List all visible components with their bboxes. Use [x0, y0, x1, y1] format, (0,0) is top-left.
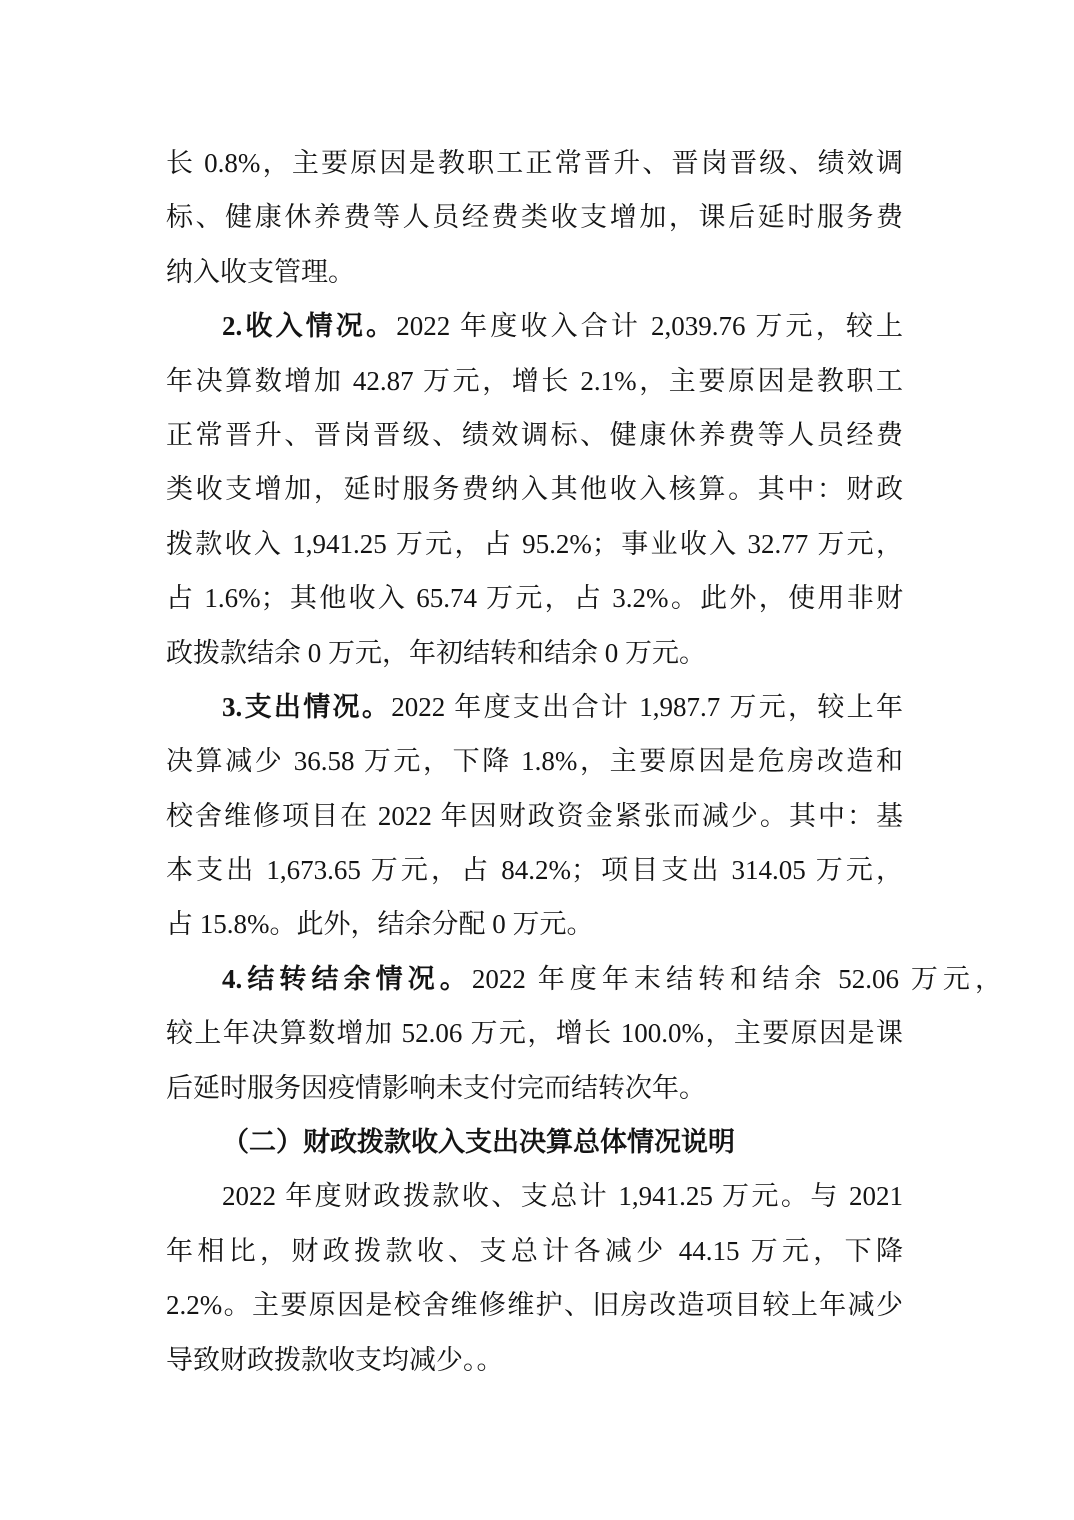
text-line: 3.支出情况。2022 年度支出合计 1,987.7 万元，较上年	[166, 680, 903, 734]
document-page: 长 0.8%，主要原因是教职工正常晋升、晋岗晋级、绩效调标、健康休养费等人员经费…	[0, 0, 1074, 1520]
line-text: 校舍维修项目在 2022 年因财政资金紧张而减少。其中：基	[166, 801, 903, 831]
text-line: 4.结转结余情况。2022 年度年末结转和结余 52.06 万元，	[166, 952, 1002, 1006]
document-body: 长 0.8%，主要原因是教职工正常晋升、晋岗晋级、绩效调标、健康休养费等人员经费…	[166, 136, 903, 1387]
line-text: 年决算数增加 42.87 万元，增长 2.1%，主要原因是教职工	[166, 366, 903, 396]
paragraph-lead-bold: 2.收入情况。	[222, 311, 396, 341]
text-line: 年决算数增加 42.87 万元，增长 2.1%，主要原因是教职工	[166, 354, 903, 408]
text-line: 校舍维修项目在 2022 年因财政资金紧张而减少。其中：基	[166, 789, 903, 843]
text-line: 政拨款结余 0 万元，年初结转和结余 0 万元。	[166, 626, 903, 680]
line-text: 类收支增加，延时服务费纳入其他收入核算。其中：财政	[166, 474, 903, 504]
text-line: 正常晋升、晋岗晋级、绩效调标、健康休养费等人员经费	[166, 408, 903, 462]
text-line: 2.2%。主要原因是校舍维修维护、旧房改造项目较上年减少	[166, 1278, 903, 1332]
text-line: 占 1.6%；其他收入 65.74 万元，占 3.2%。此外，使用非财	[166, 571, 903, 625]
paragraph-lead-bold: （二）财政拨款收入支出决算总体情况说明	[222, 1127, 735, 1157]
text-line: 较上年决算数增加 52.06 万元，增长 100.0%，主要原因是课	[166, 1006, 903, 1060]
line-text: 标、健康休养费等人员经费类收支增加，课后延时服务费	[166, 202, 903, 232]
text-line: 本支出 1,673.65 万元，占 84.2%；项目支出 314.05 万元，	[166, 843, 903, 897]
text-line: 标、健康休养费等人员经费类收支增加，课后延时服务费	[166, 190, 903, 244]
paragraph-lead-bold: 4.结转结余情况。	[222, 964, 472, 994]
line-text: 决算减少 36.58 万元，下降 1.8%，主要原因是危房改造和	[166, 746, 903, 776]
line-text: 年相比，财政拨款收、支总计各减少 44.15 万元，下降	[166, 1236, 903, 1266]
text-line: 2.收入情况。2022 年度收入合计 2,039.76 万元，较上	[166, 299, 903, 353]
text-line: 拨款收入 1,941.25 万元，占 95.2%；事业收入 32.77 万元，	[166, 517, 903, 571]
paragraph-lead-bold: 3.支出情况。	[222, 692, 391, 722]
line-text: 2022 年度收入合计 2,039.76 万元，较上	[396, 311, 903, 341]
line-text: 长 0.8%，主要原因是教职工正常晋升、晋岗晋级、绩效调	[166, 148, 903, 178]
text-line: 占 15.8%。此外，结余分配 0 万元。	[166, 897, 903, 951]
line-text: 2022 年度年末结转和结余 52.06 万元，	[472, 964, 1002, 994]
line-text: 正常晋升、晋岗晋级、绩效调标、健康休养费等人员经费	[166, 420, 903, 450]
text-line: （二）财政拨款收入支出决算总体情况说明	[166, 1115, 903, 1169]
line-text: 纳入收支管理。	[166, 257, 355, 287]
text-line: 导致财政拨款收支均减少。。	[166, 1333, 903, 1387]
line-text: 2.2%。主要原因是校舍维修维护、旧房改造项目较上年减少	[166, 1290, 903, 1320]
line-text: 政拨款结余 0 万元，年初结转和结余 0 万元。	[166, 638, 706, 668]
line-text: 2022 年度支出合计 1,987.7 万元，较上年	[391, 692, 903, 722]
line-text: 占 1.6%；其他收入 65.74 万元，占 3.2%。此外，使用非财	[166, 583, 903, 613]
line-text: 本支出 1,673.65 万元，占 84.2%；项目支出 314.05 万元，	[166, 855, 903, 885]
line-text: 占 15.8%。此外，结余分配 0 万元。	[166, 909, 594, 939]
text-line: 年相比，财政拨款收、支总计各减少 44.15 万元，下降	[166, 1224, 903, 1278]
text-line: 后延时服务因疫情影响未支付完而结转次年。	[166, 1061, 903, 1115]
line-text: 后延时服务因疫情影响未支付完而结转次年。	[166, 1073, 706, 1103]
text-line: 长 0.8%，主要原因是教职工正常晋升、晋岗晋级、绩效调	[166, 136, 903, 190]
line-text: 导致财政拨款收支均减少。。	[166, 1345, 504, 1375]
text-line: 决算减少 36.58 万元，下降 1.8%，主要原因是危房改造和	[166, 734, 903, 788]
text-line: 类收支增加，延时服务费纳入其他收入核算。其中：财政	[166, 462, 903, 516]
text-line: 纳入收支管理。	[166, 245, 903, 299]
text-line: 2022 年度财政拨款收、支总计 1,941.25 万元。与 2021	[166, 1169, 903, 1223]
line-text: 拨款收入 1,941.25 万元，占 95.2%；事业收入 32.77 万元，	[166, 529, 903, 559]
line-text: 2022 年度财政拨款收、支总计 1,941.25 万元。与 2021	[222, 1181, 903, 1211]
line-text: 较上年决算数增加 52.06 万元，增长 100.0%，主要原因是课	[166, 1018, 903, 1048]
